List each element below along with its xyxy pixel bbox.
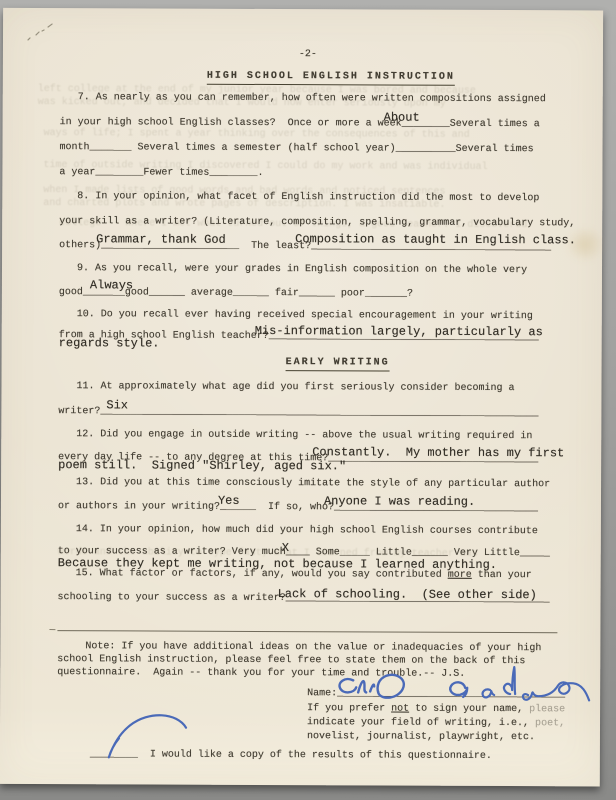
q9-line-1: 9. As you recall, were your grades in En… <box>77 263 527 277</box>
q7-line-2: in your high school English classes? Onc… <box>60 117 540 131</box>
handwritten-checkmark <box>97 703 197 763</box>
typed-answer-encouragement-2: regards style. <box>59 337 160 350</box>
typed-answer-week: About <box>384 112 420 125</box>
q7-line-3: month_______ Several times a semester (h… <box>60 142 534 156</box>
q14-line-1: 14. In your opinion, how much did your h… <box>76 524 538 538</box>
typed-answer-contribute-mark: X <box>282 542 289 555</box>
typed-answer-age: Six <box>106 399 128 412</box>
q12-line-1: 12. Did you engage in outside writing --… <box>76 429 532 443</box>
paper-sheet-wrap: left college at the end of my junior yea… <box>0 0 616 800</box>
typed-answer-grammar: Grammar, thank God <box>96 233 226 247</box>
name-hint-line-3: novelist, journalist, playwright, etc. <box>307 731 535 744</box>
q15-line-1: 15. What factor or factors, if any, woul… <box>76 568 532 582</box>
q7-line-4: a year________Fewer times________. <box>59 167 263 180</box>
q10-line-1: 10. Do you recall ever having received s… <box>77 309 533 323</box>
section-heading-early-writing: EARLY WRITING <box>286 357 390 371</box>
name-hint-line-2: indicate your field of writing, i.e., po… <box>307 717 565 730</box>
typed-answer-imitate: Yes <box>218 495 240 508</box>
field-hint-pre: indicate your field of writing, i.e., <box>307 717 535 729</box>
scanned-questionnaire-page: left college at the end of my junior yea… <box>0 0 616 800</box>
typed-answer-outside: Constantly. My mother has my first <box>312 446 564 460</box>
typed-answer-factors: Lack of schooling. (See other side) <box>278 588 537 602</box>
q13-line-1: 13. Did you at this time consciously imi… <box>76 477 550 491</box>
typed-answer-grades: Always <box>90 279 133 292</box>
typed-answer-who: Anyone I was reading. <box>324 495 475 509</box>
handwritten-signature <box>322 651 602 712</box>
q8-line-1: 8. In your opinion, what facet of Englis… <box>77 191 539 205</box>
q7-line-1: 7. As nearly as you can remember, how of… <box>78 92 546 106</box>
q15-line-1-post: than your <box>472 570 532 581</box>
q15-line-1-pre: 15. What factor or factors, if any, woul… <box>76 568 448 581</box>
q15-emphasis-more: more <box>448 570 472 581</box>
section-heading-high-school: HIGH SCHOOL ENGLISH INSTRUCTION <box>207 71 455 86</box>
field-hint-faded: poet, <box>535 718 565 729</box>
q8-line-2: your skill as a writer? (Literature, com… <box>59 216 575 230</box>
q11-line-2: writer?_________________________________… <box>58 406 538 420</box>
typed-answer-encouragement: Mis-information largely, particularly as <box>255 325 543 339</box>
typed-answer-least: Composition as taught in English class. <box>295 233 576 247</box>
q11-line-1: 11. At approximately what age did you fi… <box>76 381 514 395</box>
typed-answer-outside-2: poem still. Signed "Shirley, aged six." <box>58 459 346 473</box>
